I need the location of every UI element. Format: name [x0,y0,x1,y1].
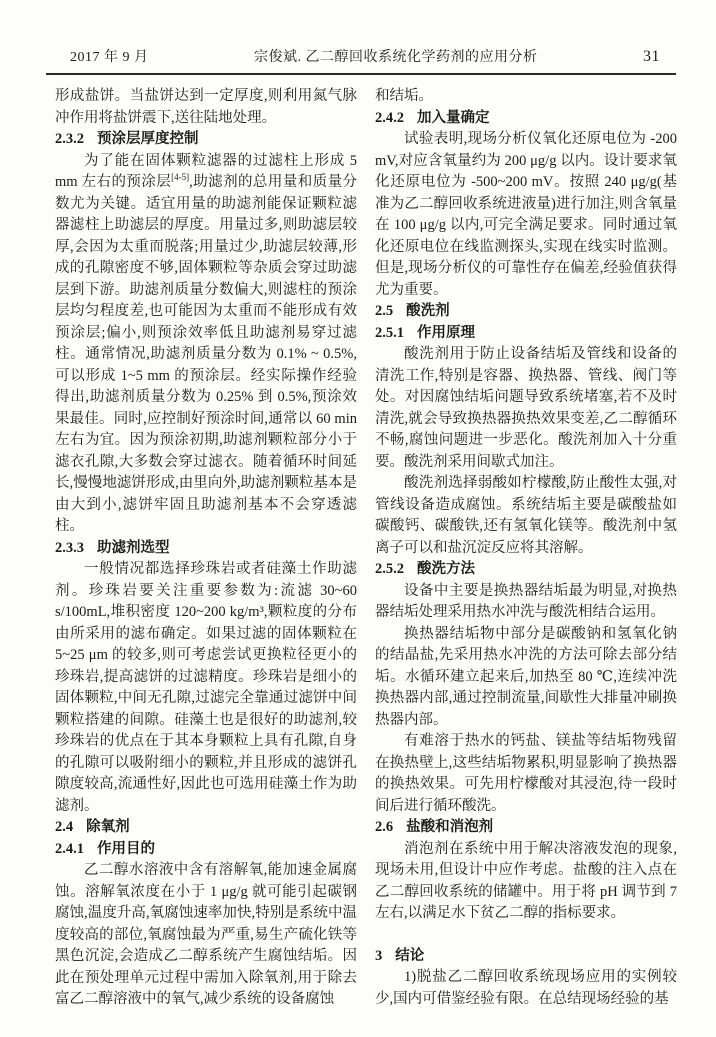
section-title: 盐酸和消泡剂 [406,819,493,835]
section-heading: 2.3.3助滤剂选型 [55,538,357,560]
section-heading: 2.4.1作用目的 [55,839,357,861]
section-heading: 2.3.2预涂层厚度控制 [55,129,357,151]
section-number: 2.4.1 [55,841,84,857]
page-number: 31 [643,48,676,66]
section-title: 酸洗剂 [406,303,450,319]
column-left: 形成盐饼。当盐饼达到一定厚度,则利用氮气脉冲作用将盐饼震下,送往陆地处理。2.3… [55,86,357,1011]
citation-superscript: [4-5] [171,172,189,182]
body-paragraph: 一般情况都选择珍珠岩或者硅藻土作助滤剂。珍珠岩要关注重要参数为:流滤 30~60… [55,559,357,817]
section-number: 3 [375,948,382,964]
section-heading: 2.5酸洗剂 [375,301,677,323]
body-paragraph: 和结垢。 [375,86,677,108]
body-paragraph: 1)脱盐乙二醇回收系统现场应用的实例较少,国内可借鉴经验有限。在总结现场经验的基 [375,967,677,1010]
body-paragraph: 形成盐饼。当盐饼达到一定厚度,则利用氮气脉冲作用将盐饼震下,送往陆地处理。 [55,86,357,129]
section-number: 2.4.2 [375,110,404,126]
section-title: 除氧剂 [86,819,130,835]
header-date: 2017 年 9 月 [46,46,149,66]
section-number: 2.6 [375,819,393,835]
section-title: 结论 [395,948,424,964]
body-paragraph: 乙二醇水溶液中含有溶解氧,能加速金属腐蚀。溶解氧浓度在小于 1 μg/g 就可能… [55,860,357,1011]
section-title: 酸洗方法 [417,561,475,577]
page-header: 2017 年 9 月 宗俊斌. 乙二醇回收系统化学药剂的应用分析 31 [46,46,676,66]
body-paragraph: 设备中主要是换热器结垢最为明显,对换热器结垢处理采用热水冲洗与酸洗相结合运用。 [375,581,677,624]
section-heading: 2.6盐酸和消泡剂 [375,817,677,839]
body-paragraph: 酸洗剂用于防止设备结垢及管线和设备的清洗工作,特别是容器、换热器、管线、阀门等处… [375,344,677,473]
section-heading: 2.5.1作用原理 [375,323,677,345]
body-paragraph: 有难溶于热水的钙盐、镁盐等结垢物残留在换热壁上,这些结垢物累积,明显影响了换热器… [375,731,677,817]
section-number: 2.5 [375,303,393,319]
journal-page: 2017 年 9 月 宗俊斌. 乙二醇回收系统化学药剂的应用分析 31 形成盐饼… [0,0,716,1037]
header-divider [46,73,676,75]
section-title: 助滤剂选型 [97,540,170,556]
body-paragraph: 试验表明,现场分析仪氧化还原电位为 -200 mV,对应含氧量约为 200 μg… [375,129,677,301]
section-number: 2.3.3 [55,540,84,556]
column-right: 和结垢。2.4.2加入量确定试验表明,现场分析仪氧化还原电位为 -200 mV,… [375,86,677,1011]
section-title: 加入量确定 [417,110,490,126]
section-number: 2.4 [55,819,73,835]
section-heading: 2.4除氧剂 [55,817,357,839]
section-title: 预涂层厚度控制 [97,131,199,147]
body-paragraph: 为了能在固体颗粒滤器的过滤柱上形成 5 mm 左右的预涂层[4-5],助滤剂的总… [55,151,357,538]
section-number: 2.3.2 [55,131,84,147]
body-paragraph: 酸洗剂选择弱酸如柠檬酸,防止酸性太强,对管线设备造成腐蚀。系统结垢主要是碳酸盐如… [375,473,677,559]
section-heading: 2.5.2酸洗方法 [375,559,677,581]
section-title: 作用原理 [417,325,475,341]
section-heading: 2.4.2加入量确定 [375,108,677,130]
running-title: 宗俊斌. 乙二醇回收系统化学药剂的应用分析 [149,46,644,66]
section-title: 作用目的 [97,841,155,857]
section-heading: 3结论 [375,946,677,968]
body-paragraph: 消泡剂在系统中用于解决溶液发泡的现象,现场未用,但设计中应作考虑。盐酸的注入点在… [375,839,677,925]
section-number: 2.5.2 [375,561,404,577]
text-columns: 形成盐饼。当盐饼达到一定厚度,则利用氮气脉冲作用将盐饼震下,送往陆地处理。2.3… [55,86,677,1011]
section-number: 2.5.1 [375,325,404,341]
body-paragraph: 换热器结垢物中部分是碳酸钠和氢氧化钠的结晶盐,先采用热水冲洗的方法可除去部分结垢… [375,624,677,732]
